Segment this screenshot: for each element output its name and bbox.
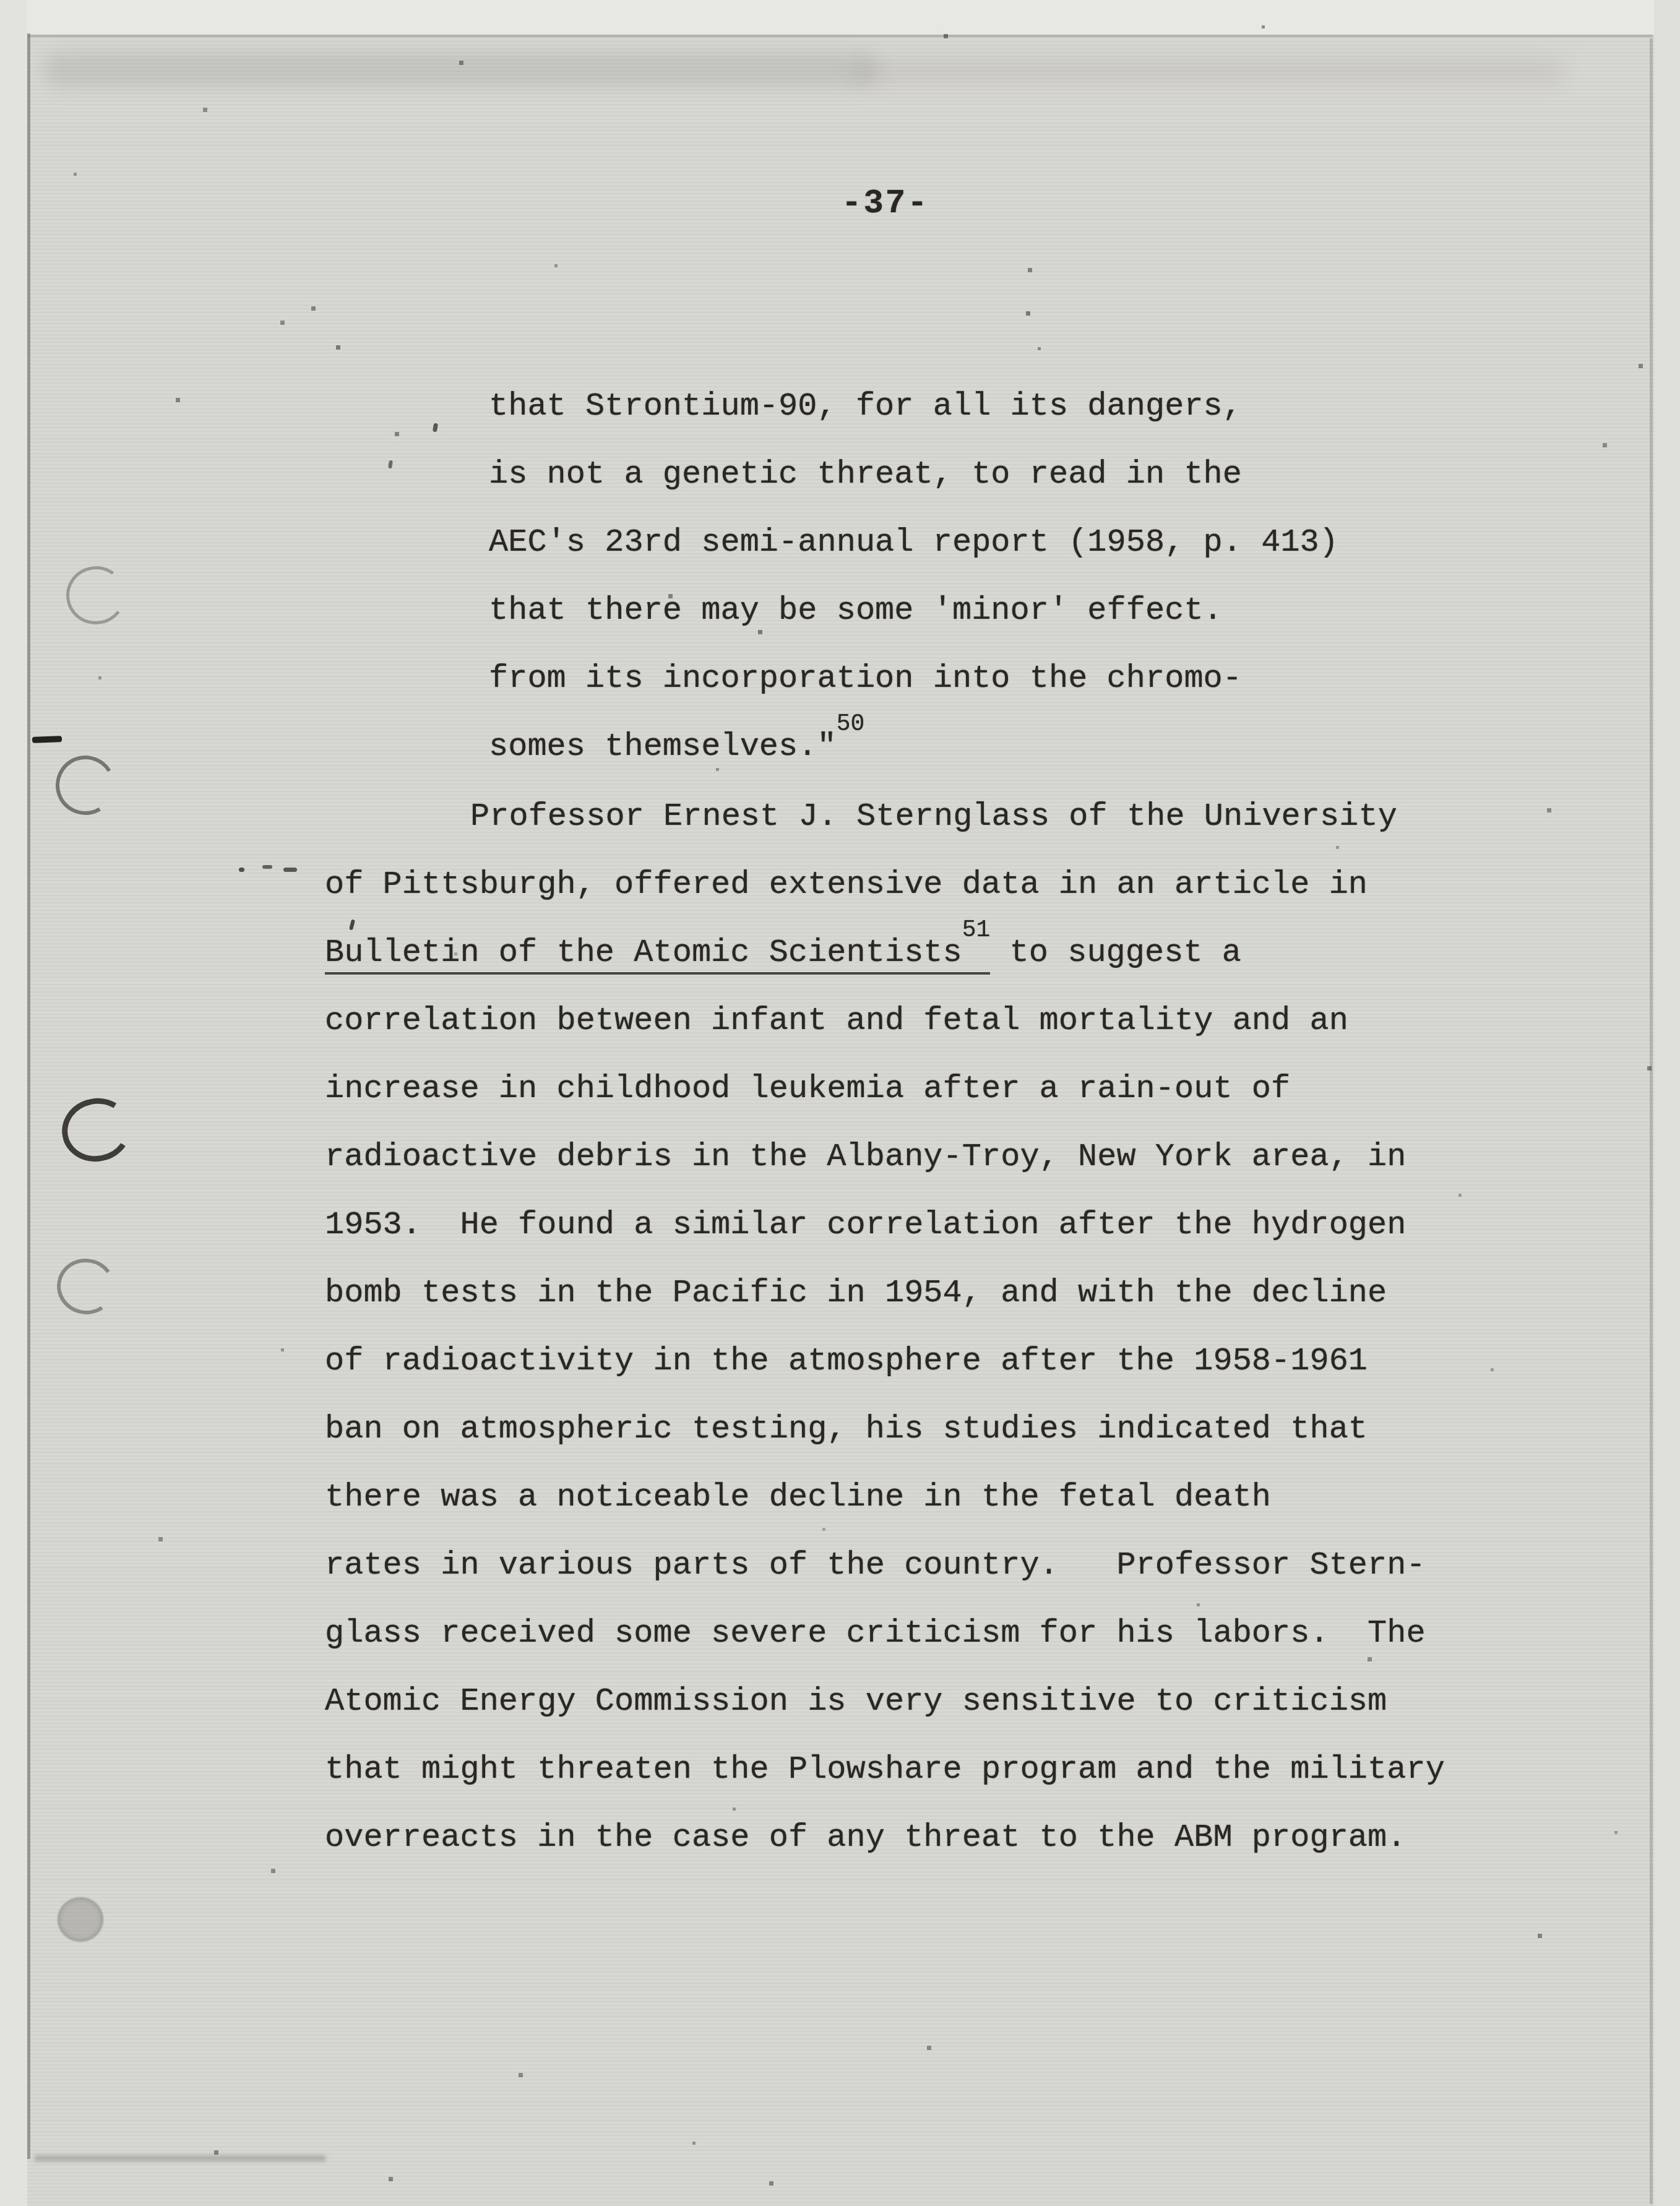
paragraph-line: of Pittsburgh, offered extensive data in… [325,851,1538,919]
paragraph-line: Atomic Energy Commission is very sensiti… [325,1668,1538,1736]
journal-title-text: Bulletin of the Atomic Scientists [325,934,962,971]
stray-comma-mark [433,423,438,432]
scan-left-edge-strip [0,0,27,2206]
punch-hole-ring-2 [50,749,121,821]
paragraph-line: correlation between infant and fetal mor… [325,987,1538,1055]
quote-line: somes themselves."50 [489,713,1572,781]
paragraph-line: bomb tests in the Pacific in 1954, and w… [325,1259,1538,1327]
quote-line: is not a genetic threat, to read in the [489,441,1572,509]
punch-hole-ring-1 [62,562,129,628]
page-number: -37- [842,184,929,224]
quote-line: that Strontium-90, for all its dangers, [489,373,1572,441]
paragraph-line: glass received some severe criticism for… [325,1600,1538,1668]
paragraph-line: Bulletin of the Atomic Scientists51 to s… [325,919,1538,987]
paragraph-line: of radioactivity in the atmosphere after… [325,1327,1538,1395]
margin-dot-mark [239,868,244,872]
paragraph-line: rates in various parts of the country. P… [325,1532,1538,1600]
margin-dash-mark [262,865,272,869]
underlined-journal-title: Bulletin of the Atomic Scientists51 [325,934,990,975]
main-paragraph: Professor Ernest J. Sternglass of the Un… [325,783,1538,1872]
quote-line: that there may be some 'minor' effect. [489,577,1572,645]
paragraph-line-text: to suggest a [990,934,1241,971]
footnote-ref-50: 50 [837,711,865,738]
punch-hole-smudge-5 [58,1897,103,1942]
paragraph-line: increase in childhood leukemia after a r… [325,1055,1538,1123]
paragraph-line: that might threaten the Plowshare progra… [325,1736,1538,1804]
quote-line: AEC's 23rd semi-annual report (1958, p. … [489,509,1572,577]
dust-specks [0,0,2,2]
punch-hole-ring-4 [53,1254,119,1319]
quote-line: from its incorporation into the chromo- [489,645,1572,713]
paragraph-line: radioactive debris in the Albany-Troy, N… [325,1123,1538,1191]
page-edge-line-left [27,33,30,2159]
paragraph-line: overreacts in the case of any threat to … [325,1804,1538,1872]
pen-dash-mark [32,736,62,743]
page-edge-line-top [27,35,1653,37]
block-quote: that Strontium-90, for all its dangers, … [489,373,1572,781]
scan-smear-bottom [35,2155,325,2161]
footnote-ref-51: 51 [962,917,991,944]
punch-hole-ring-3 [56,1092,137,1168]
page-edge-line-right [1650,38,1653,2204]
quote-line-text: somes themselves." [489,728,837,765]
margin-dash-mark [283,868,297,872]
scan-right-edge-strip [1654,0,1680,2206]
scan-smear-top-right [854,59,1566,84]
paragraph-line: Professor Ernest J. Sternglass of the Un… [325,783,1538,851]
paragraph-line: ban on atmospheric testing, his studies … [325,1395,1538,1463]
scan-top-edge-strip [0,0,1680,35]
stray-tick-mark [388,460,393,469]
paragraph-line: 1953. He found a similar correlation aft… [325,1191,1538,1259]
scanned-document-page: -37- that Strontium-90, for all its dang… [0,0,1680,2206]
paragraph-line: there was a noticeable decline in the fe… [325,1463,1538,1532]
scan-smear-top [43,53,879,87]
